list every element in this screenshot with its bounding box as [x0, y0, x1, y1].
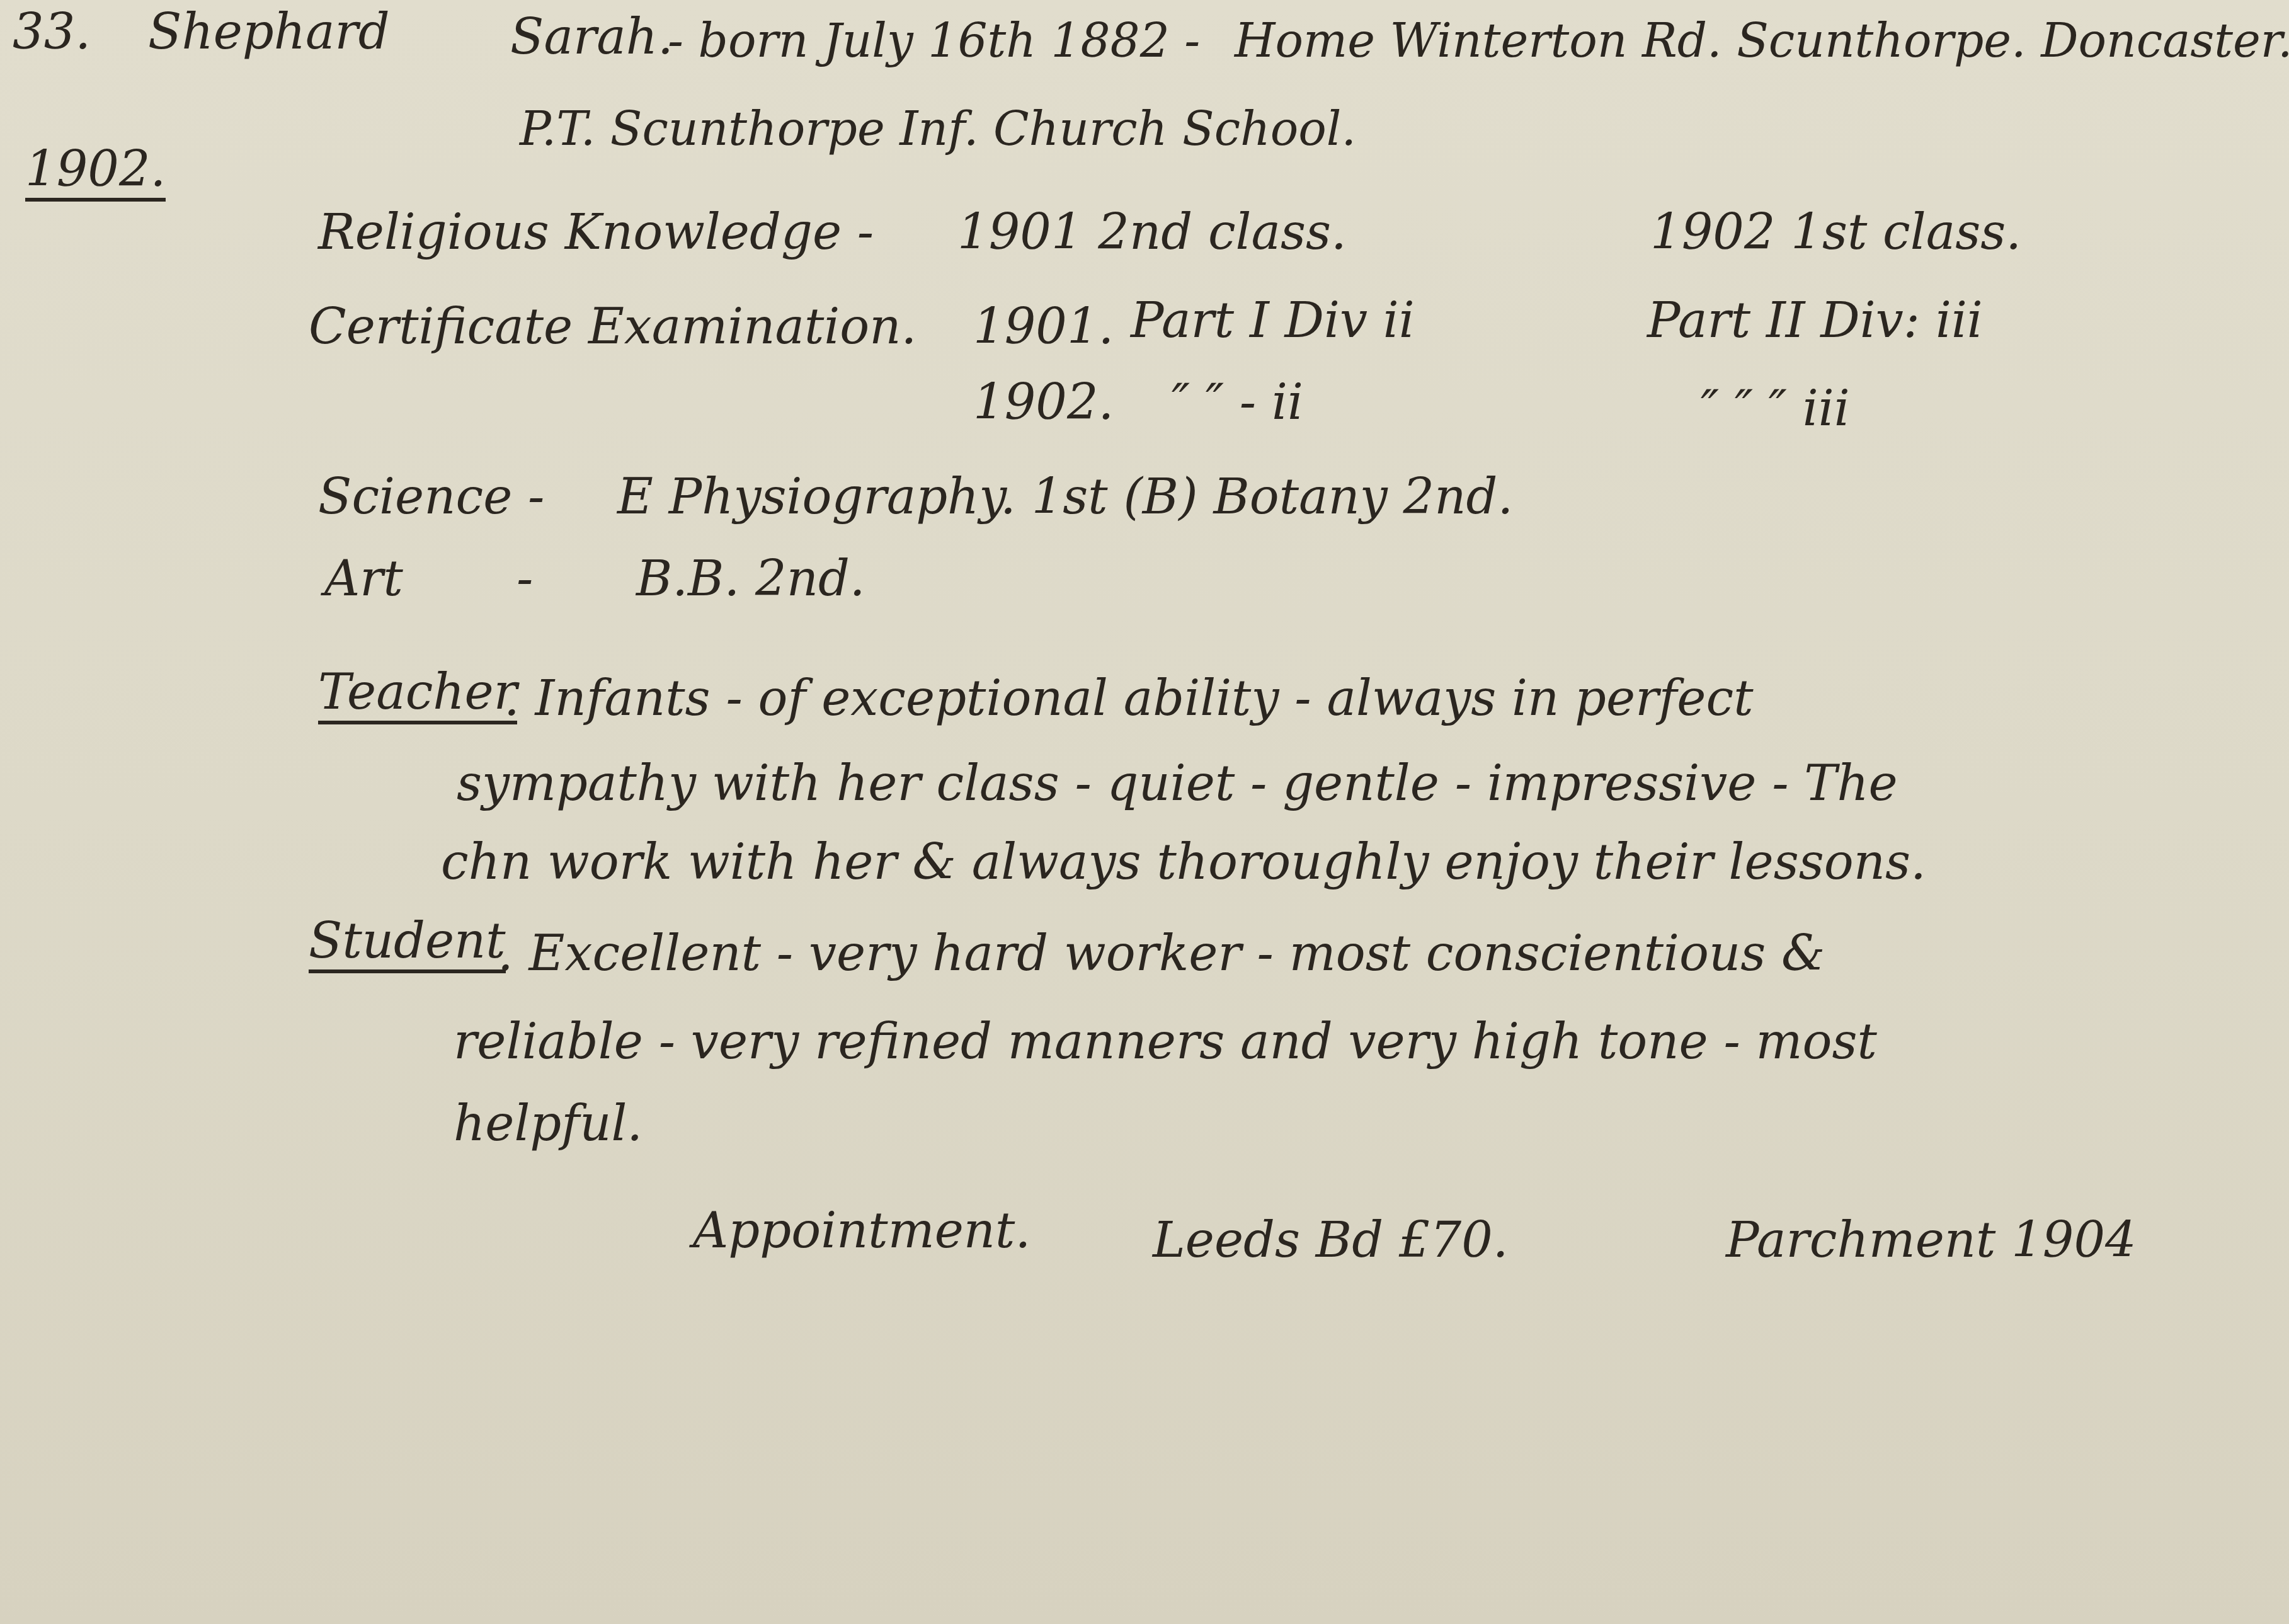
teacher-line-3: chn work with her & always thoroughly en…: [441, 838, 1926, 887]
certificate-1901-year: 1901.: [973, 302, 1114, 352]
surname: Shephard: [148, 8, 390, 57]
home-address: Home Winterton Rd. Scunthorpe. Doncaster…: [1235, 18, 2289, 64]
student-line-1: . Excellent - very hard worker - most co…: [498, 929, 1825, 978]
student-label: Student: [309, 917, 506, 973]
art-label: Art: [324, 554, 403, 603]
teacher-line-1: . Infants - of exceptional ability - alw…: [504, 674, 1753, 723]
art-value: B.B. 2nd.: [636, 554, 865, 603]
science-label: Science -: [318, 472, 544, 522]
record-page: 33. Shephard Sarah. - born July 16th 188…: [0, 0, 2289, 1624]
pupil-teacher-school: P.T. Scunthorpe Inf. Church School.: [520, 106, 1356, 152]
certificate-1901-part2: Part II Div: iii: [1647, 296, 1983, 345]
entry-number: 33.: [13, 8, 91, 57]
science-value: E Physiography. 1st (B) Botany 2nd.: [617, 472, 1513, 522]
birth-info: - born July 16th 1882 -: [668, 18, 1200, 64]
art-dash: -: [517, 554, 533, 603]
teacher-line-2: sympathy with her class - quiet - gentle…: [457, 759, 1898, 808]
certificate-1901-part1: Part I Div ii: [1131, 296, 1415, 345]
religious-knowledge-label: Religious Knowledge -: [318, 208, 874, 257]
teacher-label: Teacher: [318, 668, 517, 724]
appointment-value: Leeds Bd £70.: [1153, 1216, 1509, 1265]
parchment-year: Parchment 1904: [1726, 1216, 2137, 1265]
certificate-label: Certificate Examination.: [309, 302, 916, 352]
religious-knowledge-1901: 1901 2nd class.: [957, 208, 1347, 257]
student-line-3: helpful.: [454, 1099, 642, 1148]
forename: Sarah.: [510, 13, 673, 62]
certificate-1902-part1: ″ ″ - ii: [1172, 378, 1303, 427]
certificate-1902-year: 1902.: [973, 378, 1114, 427]
religious-knowledge-1902: 1902 1st class.: [1650, 208, 2021, 257]
appointment-label: Appointment.: [693, 1206, 1030, 1255]
certificate-1902-part2: ″ ″ ″ iii: [1701, 384, 1850, 433]
year-heading: 1902.: [25, 145, 166, 202]
student-line-2: reliable - very refined manners and very…: [454, 1017, 1877, 1066]
